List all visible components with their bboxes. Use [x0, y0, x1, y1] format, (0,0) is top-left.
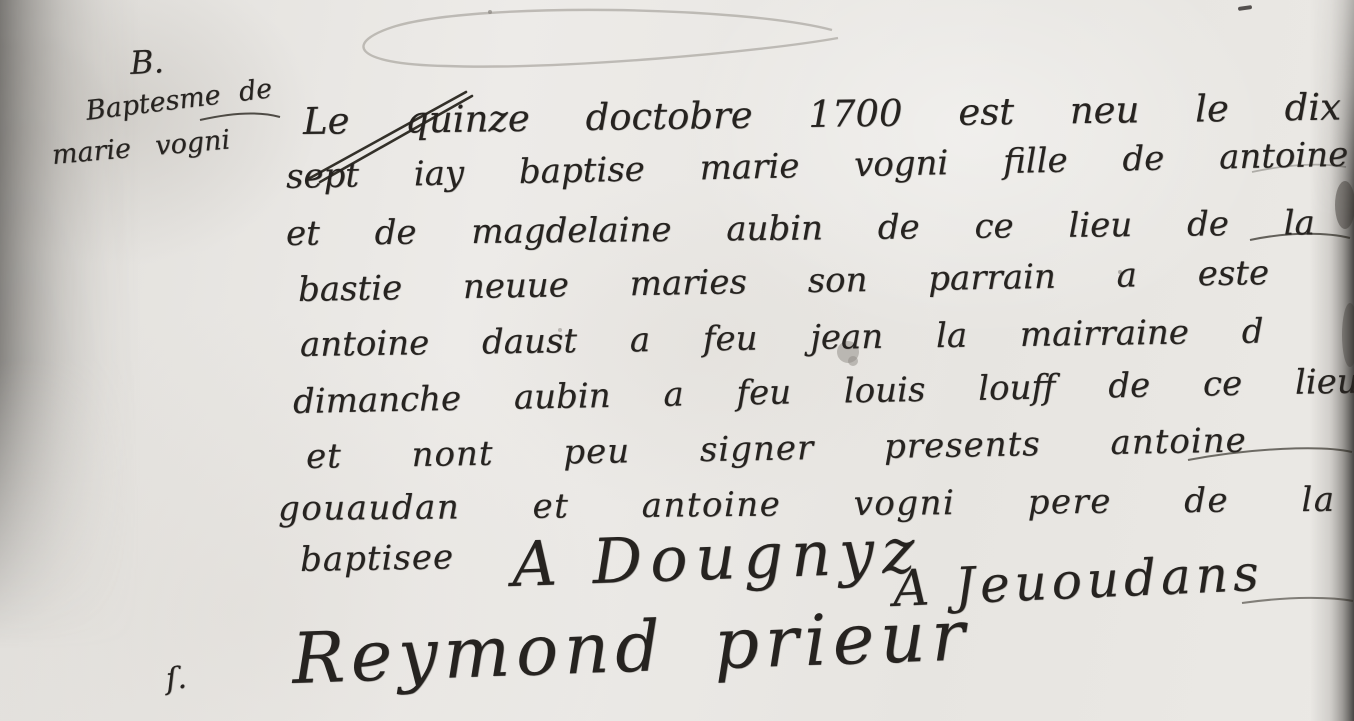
- record-line-7: et nont peu signer presents antoine: [306, 421, 1247, 477]
- record-line-4: bastie neuue maries son parrain a este: [298, 253, 1270, 310]
- record-line-9: baptisee: [300, 537, 455, 580]
- margin-note-line1: Baptesme de: [84, 73, 274, 127]
- record-line-3: et de magdelaine aubin de ce lieu de la: [286, 203, 1315, 254]
- signature-bottom: Reymond prieur: [291, 594, 972, 700]
- margin-note-line2: marie vogni: [51, 124, 232, 170]
- margin-bottom-mark: ſ.: [165, 661, 188, 697]
- record-line-2: sept iay baptise marie vogni fille de an…: [286, 135, 1349, 197]
- margin-initial: B.: [129, 42, 165, 82]
- record-line-6: dimanche aubin a feu louis louff de ce l…: [293, 362, 1354, 422]
- manuscript-page: B. Baptesme de marie vogni Le quinze doc…: [0, 0, 1354, 721]
- record-line-1: Le quinze doctobre 1700 est neu le dix: [303, 86, 1342, 143]
- signature-left: A Dougnyz: [511, 514, 924, 601]
- record-line-5: antoine daust a feu jean la mairraine d: [300, 312, 1264, 365]
